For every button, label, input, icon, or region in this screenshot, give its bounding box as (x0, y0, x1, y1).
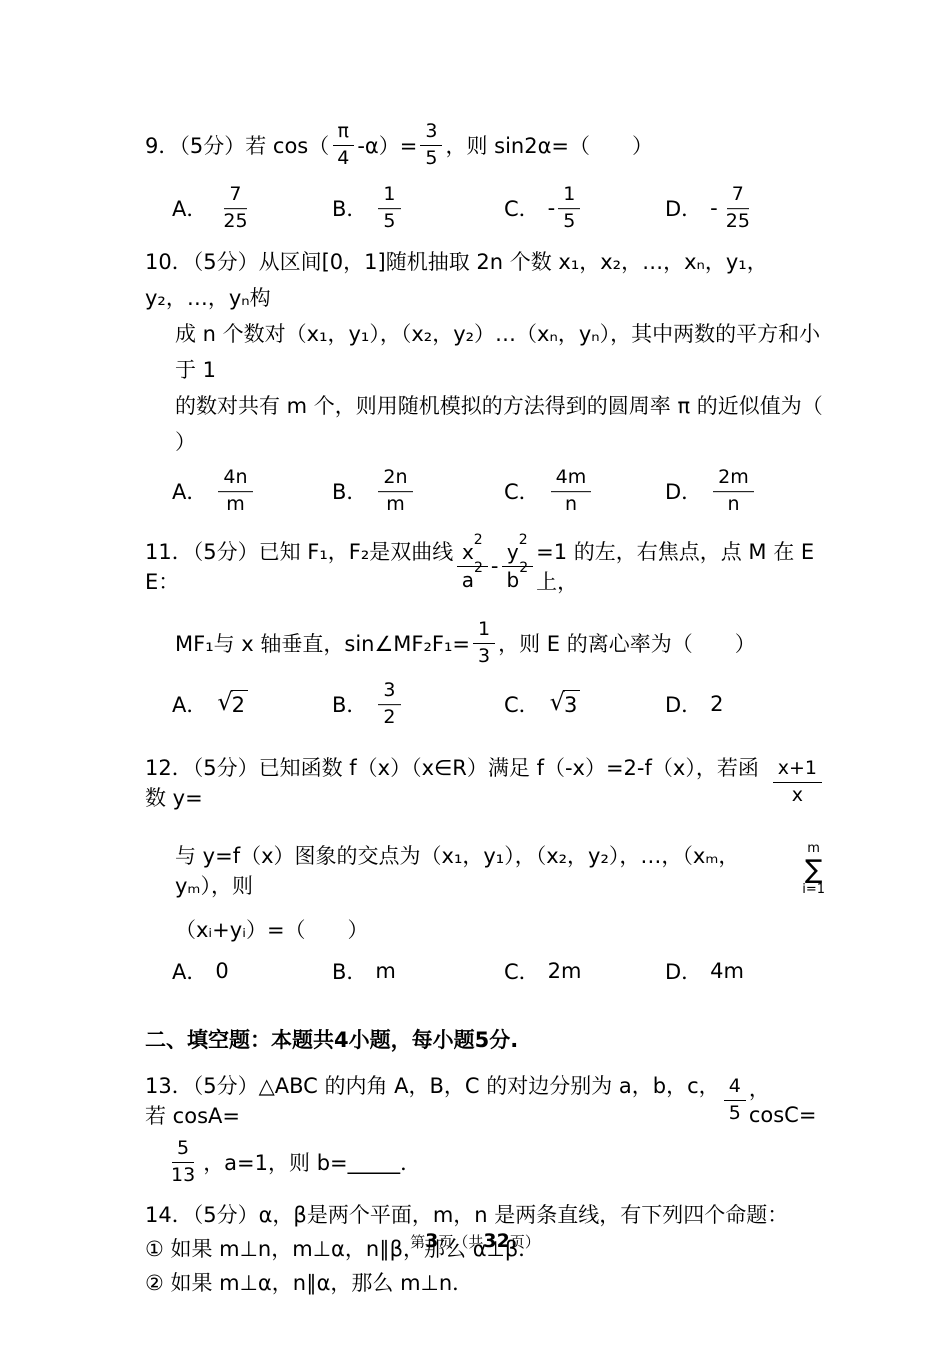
fraction-denominator: m (221, 492, 250, 516)
summation-symbol: m ∑ i=1 (802, 841, 825, 898)
section-2-header: 二、填空题：本题共4小题，每小题5分. (145, 1022, 825, 1058)
option-label: B． (332, 476, 367, 506)
option-value: 0 (215, 959, 228, 983)
fraction-denominator: 4 (332, 146, 354, 170)
fraction-denominator: 2 (378, 705, 400, 729)
q11-option-a: A． √ 2 (172, 689, 250, 719)
variable: b (507, 568, 520, 592)
minus-sign: - (548, 196, 556, 220)
minus-sign: - (710, 196, 718, 220)
q10-option-c: C． 4m n (504, 466, 594, 516)
q13-stem-text: ，a=1，则 b= (203, 1147, 347, 1177)
q10-option-d: D． 2m n (665, 466, 757, 516)
fraction-denominator: 25 (721, 209, 755, 233)
fraction-numerator: 2n (378, 466, 412, 492)
fraction-denominator: x (787, 783, 808, 807)
fraction-numerator: 2m (713, 466, 754, 492)
option-value: 2 (710, 692, 723, 716)
fraction-numerator: 1 (473, 618, 495, 644)
q12-stem-line2: 与 y=f（x）图象的交点为（x₁，y₁），（x₂，y₂），…，（xₘ，yₘ），… (145, 832, 825, 908)
option-label: D． (665, 956, 702, 986)
fraction-numerator: 7 (224, 183, 246, 209)
fraction-numerator: 7 (727, 183, 749, 209)
page-number: 3 (425, 1230, 438, 1252)
fraction-denominator: 25 (218, 209, 252, 233)
q13-stem: 13．（5分）△ABC 的内角 A，B，C 的对边分别为 a，b，c，若 cos… (145, 1068, 825, 1132)
fraction-numerator: 4 (724, 1075, 746, 1101)
option-label: D． (665, 689, 702, 719)
fraction-numerator: 5 (172, 1137, 194, 1163)
fraction-numerator: x2 (457, 540, 488, 567)
option-label: D． (665, 193, 702, 223)
fraction-denominator: 5 (378, 209, 400, 233)
fraction: 2m n (713, 466, 754, 516)
fraction: 2n m (378, 466, 412, 516)
question-13: 13．（5分）△ABC 的内角 A，B，C 的对边分别为 a，b，c，若 cos… (145, 1068, 825, 1192)
total-pages: 32 (483, 1230, 509, 1252)
footer-text: 页） (510, 1233, 540, 1251)
fraction-numerator: 4m (551, 466, 592, 492)
q10-stem-line1: 10．（5分）从区间[0，1]随机抽取 2n 个数 x₁，x₂，…，xₙ，y₁，… (145, 244, 825, 316)
fraction-1-3: 1 3 (473, 618, 495, 668)
variable: y (507, 540, 519, 564)
fraction-x1-x: x+1 x (773, 757, 822, 807)
q13-stem-line2: 5 13 ，a=1，则 b= _____ ． (145, 1132, 825, 1192)
q12-stem-text: 12．（5分）已知函数 f（x）（x∈R）满足 f（-x）=2-f（x），若函数… (145, 752, 770, 812)
question-11: 11．（5分）已知 F₁，F₂是双曲线 E： x2 a2 - y2 b2 =1 … (145, 528, 825, 732)
square-root: √ 2 (217, 690, 248, 717)
fraction: 7 25 (218, 183, 252, 233)
option-value: 2m (548, 959, 582, 983)
exponent: 2 (474, 560, 483, 576)
q14-proposition-2: ② 如果 m⊥α，n∥α，那么 m⊥n． (145, 1266, 825, 1300)
q9-options: A． 7 25 B． 1 5 C． - 1 5 (145, 178, 825, 238)
q11-stem-line2: MF₁与 x 轴垂直，sin∠MF₂F₁= 1 3 ，则 E 的离心率为（ ） (145, 610, 825, 676)
summation-lower-limit: i=1 (802, 882, 825, 898)
option-label: A． (172, 956, 207, 986)
minus-sign: - (491, 554, 499, 578)
question-10: 10．（5分）从区间[0，1]随机抽取 2n 个数 x₁，x₂，…，xₙ，y₁，… (145, 244, 825, 522)
q9-option-b: B． 1 5 (332, 183, 404, 233)
q13-stem-text: 13．（5分）△ABC 的内角 A，B，C 的对边分别为 a，b，c，若 cos… (145, 1070, 721, 1130)
fraction-numerator: 1 (378, 183, 400, 209)
exponent: 2 (519, 560, 528, 576)
question-12: 12．（5分）已知函数 f（x）（x∈R）满足 f（-x）=2-f（x），若函数… (145, 746, 825, 992)
fraction-denominator: a2 (457, 567, 488, 592)
fraction: 1 5 (558, 183, 580, 233)
fraction: 1 5 (378, 183, 400, 233)
q11-stem-text: =1 的左，右焦点，点 M 在 E 上， (536, 536, 825, 596)
option-label: B． (332, 689, 367, 719)
q11-option-c: C． √ 3 (504, 689, 582, 719)
fraction-denominator: m (381, 492, 410, 516)
q14-stem: 14．（5分）α，β是两个平面，m，n 是两条直线，有下列四个命题： (145, 1198, 825, 1232)
q12-option-c: C． 2m (504, 956, 582, 986)
q12-option-b: B． m (332, 956, 396, 986)
fraction-denominator: 5 (724, 1101, 746, 1125)
fraction-5-13: 5 13 (166, 1137, 200, 1187)
option-label: C． (504, 476, 540, 506)
question-9: 9．（5分）若 cos（ π 4 -α）= 3 5 ，则 sin2α=（ ） A… (145, 112, 825, 238)
q11-option-d: D． 2 (665, 689, 724, 719)
q9-stem-text: 9．（5分）若 cos（ (145, 130, 329, 160)
q11-stem: 11．（5分）已知 F₁，F₂是双曲线 E： x2 a2 - y2 b2 =1 … (145, 528, 825, 604)
fraction: 3 2 (378, 679, 400, 729)
q10-option-b: B． 2n m (332, 466, 416, 516)
footer-text: 页（共 (438, 1233, 483, 1251)
fraction-x2-a2: x2 a2 (457, 540, 488, 592)
option-label: C． (504, 193, 540, 223)
q12-stem-text: （xᵢ+yᵢ）=（ ） (175, 914, 369, 944)
fraction: 7 25 (721, 183, 755, 233)
fraction-4-5: 4 5 (724, 1075, 746, 1125)
q9-stem-text: ，则 sin2α=（ ） (445, 130, 653, 160)
radicand: 3 (563, 690, 580, 717)
fraction-denominator: n (560, 492, 582, 516)
fraction-denominator: b2 (502, 567, 534, 592)
exam-page: 9．（5分）若 cos（ π 4 -α）= 3 5 ，则 sin2α=（ ） A… (0, 0, 950, 1346)
q9-stem: 9．（5分）若 cos（ π 4 -α）= 3 5 ，则 sin2α=（ ） (145, 112, 825, 178)
q13-stem-text: ． (400, 1147, 421, 1177)
q9-option-c: C． - 1 5 (504, 183, 583, 233)
q11-options: A． √ 2 B． 3 2 C． √ 3 (145, 676, 825, 732)
fraction-numerator: 4n (218, 466, 252, 492)
q10-stem-line3: 的数对共有 m 个，则用随机模拟的方法得到的圆周率 π 的近似值为（ (145, 388, 825, 424)
option-value: 4m (710, 959, 744, 983)
q11-stem-text: MF₁与 x 轴垂直，sin∠MF₂F₁= (175, 628, 470, 658)
q12-options: A． 0 B． m C． 2m D． 4m (145, 950, 825, 992)
option-label: D． (665, 476, 702, 506)
option-value: m (375, 959, 395, 983)
sigma-icon: ∑ (805, 858, 823, 883)
fraction-pi-4: π 4 (332, 120, 354, 170)
page-footer: 第3页（共32页） (0, 1230, 950, 1252)
option-label: B． (332, 956, 367, 986)
fraction-numerator: 3 (378, 679, 400, 705)
variable: a (462, 568, 474, 592)
option-label: C． (504, 689, 540, 719)
option-label: A． (172, 689, 207, 719)
option-label: B． (332, 193, 367, 223)
q12-stem-text: 与 y=f（x）图象的交点为（x₁，y₁），（x₂，y₂），…，（xₘ，yₘ），… (175, 840, 794, 900)
q11-stem-text: ，则 E 的离心率为（ ） (498, 628, 756, 658)
fraction-denominator: 5 (558, 209, 580, 233)
fraction-numerator: y2 (502, 540, 533, 567)
variable: x (462, 540, 474, 564)
fraction-3-5: 3 5 (420, 120, 442, 170)
q11-option-b: B． 3 2 (332, 679, 404, 729)
exponent: 2 (519, 532, 528, 548)
fraction-numerator: π (333, 120, 354, 146)
q11-stem-text: 11．（5分）已知 F₁，F₂是双曲线 E： (145, 536, 454, 596)
q13-stem-text: ，cosC= (749, 1073, 825, 1127)
footer-text: 第 (410, 1233, 425, 1251)
q12-stem: 12．（5分）已知函数 f（x）（x∈R）满足 f（-x）=2-f（x），若函数… (145, 746, 825, 818)
exponent: 2 (474, 532, 483, 548)
radicand: 2 (231, 690, 248, 717)
q9-option-d: D． - 7 25 (665, 183, 758, 233)
q9-option-a: A． 7 25 (172, 183, 256, 233)
fraction-denominator: n (722, 492, 744, 516)
fraction: 4n m (218, 466, 252, 516)
answer-blank: _____ (348, 1150, 401, 1174)
q12-option-a: A． 0 (172, 956, 229, 986)
square-root: √ 3 (550, 690, 581, 717)
fraction-numerator: 3 (420, 120, 442, 146)
q10-options: A． 4n m B． 2n m C． 4m n (145, 460, 825, 522)
q9-stem-text: -α）= (357, 130, 417, 160)
fraction-numerator: 1 (558, 183, 580, 209)
fraction-denominator: 13 (166, 1163, 200, 1187)
fraction: 4m n (551, 466, 592, 516)
option-label: A． (172, 193, 207, 223)
q10-stem-line4: ） (145, 424, 825, 460)
q10-option-a: A． 4n m (172, 466, 256, 516)
q12-option-d: D． 4m (665, 956, 744, 986)
option-label: C． (504, 956, 540, 986)
fraction-denominator: 3 (473, 644, 495, 668)
q10-stem-line2: 成 n 个数对（x₁，y₁），（x₂，y₂）…（xₙ，yₙ），其中两数的平方和小… (145, 316, 825, 388)
fraction-y2-b2: y2 b2 (502, 540, 534, 592)
option-label: A． (172, 476, 207, 506)
q12-stem-line3: （xᵢ+yᵢ）=（ ） (145, 908, 825, 950)
fraction-denominator: 5 (420, 146, 442, 170)
fraction-numerator: x+1 (773, 757, 822, 783)
